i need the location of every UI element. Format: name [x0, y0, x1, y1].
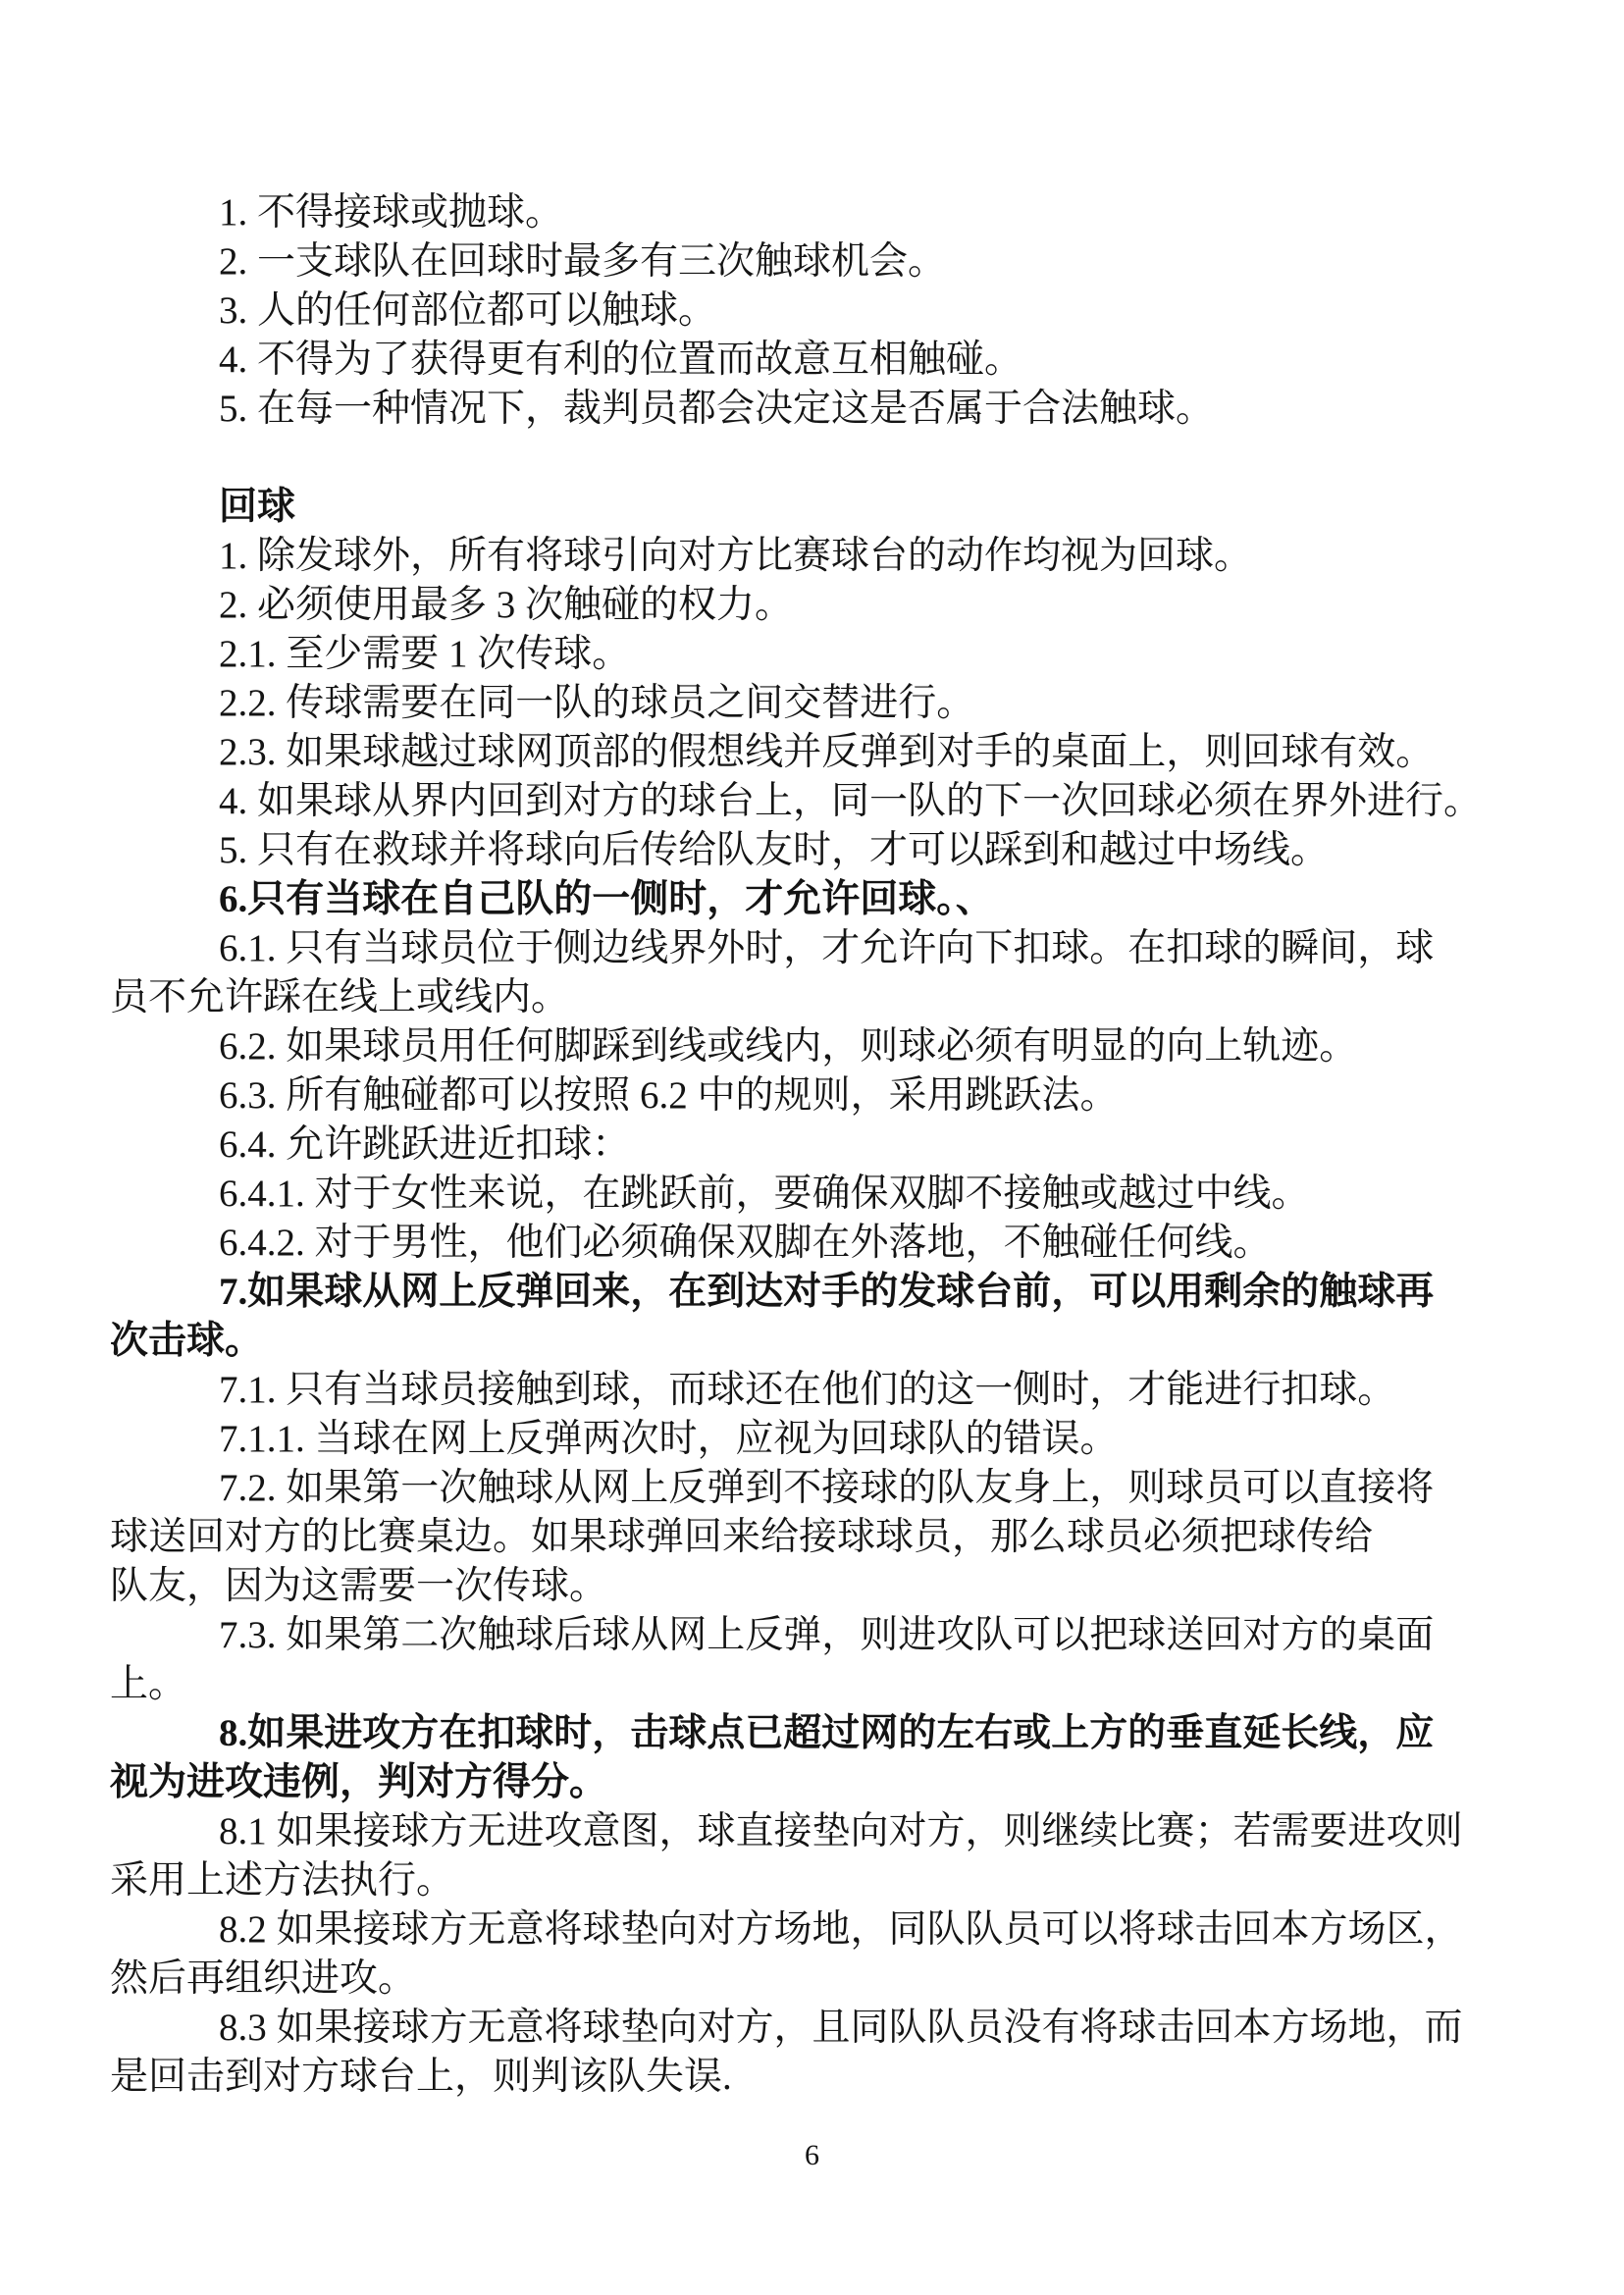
text-line: 5. 在每一种情况下，裁判员都会决定这是否属于合法触球。	[110, 385, 1562, 434]
text-line: 8.1 如果接球方无进攻意图，球直接垫向对方，则继续比赛；若需要进攻则	[110, 1807, 1562, 1856]
rule-item: 6.4. 允许跳跃进近扣球：	[110, 1121, 1562, 1170]
text-line: 视为进攻违例，判对方得分。	[110, 1758, 1562, 1807]
section-heading: 回球	[110, 483, 1562, 532]
rule-item: 8.3 如果接球方无意将球垫向对方，且同队队员没有将球击回本方场地，而是回击到对…	[110, 2004, 1562, 2102]
text-line: 采用上述方法执行。	[110, 1856, 1562, 1905]
text-line: 4. 如果球从界内回到对方的球台上，同一队的下一次回球必须在界外进行。	[110, 777, 1562, 826]
return-rules-list: 1. 除发球外，所有将球引向对方比赛球台的动作均视为回球。2. 必须使用最多 3…	[110, 532, 1562, 2102]
text-line: 7.2. 如果第一次触球从网上反弹到不接球的队友身上，则球员可以直接将	[110, 1464, 1562, 1513]
rule-item: 2.3. 如果球越过球网顶部的假想线并反弹到对手的桌面上，则回球有效。	[110, 728, 1562, 777]
text-line: 6.4.2. 对于男性，他们必须确保双脚在外落地，不触碰任何线。	[110, 1219, 1562, 1268]
text-line: 是回击到对方球台上，则判该队失误.	[110, 2053, 1562, 2102]
text-line: 6.3. 所有触碰都可以按照 6.2 中的规则，采用跳跃法。	[110, 1071, 1562, 1121]
rule-item: 3. 人的任何部位都可以触球。	[110, 287, 1562, 336]
page-content: 1. 不得接球或抛球。2. 一支球队在回球时最多有三次触球机会。3. 人的任何部…	[110, 188, 1562, 2102]
rule-item: 2.1. 至少需要 1 次传球。	[110, 630, 1562, 679]
rule-item: 6.4.1. 对于女性来说，在跳跃前，要确保双脚不接触或越过中线。	[110, 1170, 1562, 1219]
rule-item: 8.1 如果接球方无进攻意图，球直接垫向对方，则继续比赛；若需要进攻则采用上述方…	[110, 1807, 1562, 1905]
text-line: 8.2 如果接球方无意将球垫向对方场地，同队队员可以将球击回本方场区，	[110, 1905, 1562, 1955]
rule-item: 7.如果球从网上反弹回来，在到达对手的发球台前，可以用剩余的触球再次击球。	[110, 1268, 1562, 1366]
rule-item: 7.2. 如果第一次触球从网上反弹到不接球的队友身上，则球员可以直接将球送回对方…	[110, 1464, 1562, 1611]
text-line: 8.3 如果接球方无意将球垫向对方，且同队队员没有将球击回本方场地，而	[110, 2004, 1562, 2053]
text-line: 上。	[110, 1660, 1562, 1709]
rule-item: 6.只有当球在自己队的一侧时，才允许回球。、	[110, 875, 1562, 924]
rule-item: 2. 必须使用最多 3 次触碰的权力。	[110, 581, 1562, 630]
text-line: 3. 人的任何部位都可以触球。	[110, 287, 1562, 336]
text-line: 队友，因为这需要一次传球。	[110, 1562, 1562, 1611]
rule-item: 5. 只有在救球并将球向后传给队友时，才可以踩到和越过中场线。	[110, 826, 1562, 875]
text-line: 6.4. 允许跳跃进近扣球：	[110, 1121, 1562, 1170]
text-line: 球送回对方的比赛桌边。如果球弹回来给接球球员，那么球员必须把球传给	[110, 1513, 1562, 1562]
rule-item: 8.2 如果接球方无意将球垫向对方场地，同队队员可以将球击回本方场区，然后再组织…	[110, 1905, 1562, 2004]
text-line: 7.1. 只有当球员接触到球，而球还在他们的这一侧时，才能进行扣球。	[110, 1366, 1562, 1415]
rule-item: 7.1.1. 当球在网上反弹两次时，应视为回球队的错误。	[110, 1415, 1562, 1464]
text-line: 6.2. 如果球员用任何脚踩到线或线内，则球必须有明显的向上轨迹。	[110, 1022, 1562, 1071]
rule-item: 6.4.2. 对于男性，他们必须确保双脚在外落地，不触碰任何线。	[110, 1219, 1562, 1268]
text-line: 2.1. 至少需要 1 次传球。	[110, 630, 1562, 679]
text-line: 2. 一支球队在回球时最多有三次触球机会。	[110, 237, 1562, 287]
text-line: 1. 除发球外，所有将球引向对方比赛球台的动作均视为回球。	[110, 532, 1562, 581]
text-line: 6.只有当球在自己队的一侧时，才允许回球。、	[110, 875, 1562, 924]
rule-item: 8.如果进攻方在扣球时，击球点已超过网的左右或上方的垂直延长线，应视为进攻违例，…	[110, 1709, 1562, 1807]
text-line: 7.如果球从网上反弹回来，在到达对手的发球台前，可以用剩余的触球再	[110, 1268, 1562, 1317]
rule-item: 7.1. 只有当球员接触到球，而球还在他们的这一侧时，才能进行扣球。	[110, 1366, 1562, 1415]
text-line: 7.3. 如果第二次触球后球从网上反弹，则进攻队可以把球送回对方的桌面	[110, 1611, 1562, 1660]
document-page: 1. 不得接球或抛球。2. 一支球队在回球时最多有三次触球机会。3. 人的任何部…	[0, 0, 1624, 2295]
rule-item: 1. 除发球外，所有将球引向对方比赛球台的动作均视为回球。	[110, 532, 1562, 581]
rule-item: 6.2. 如果球员用任何脚踩到线或线内，则球必须有明显的向上轨迹。	[110, 1022, 1562, 1071]
rule-item: 5. 在每一种情况下，裁判员都会决定这是否属于合法触球。	[110, 385, 1562, 434]
rule-item: 7.3. 如果第二次触球后球从网上反弹，则进攻队可以把球送回对方的桌面上。	[110, 1611, 1562, 1709]
text-line: 5. 只有在救球并将球向后传给队友时，才可以踩到和越过中场线。	[110, 826, 1562, 875]
rule-item: 2. 一支球队在回球时最多有三次触球机会。	[110, 237, 1562, 287]
text-line: 然后再组织进攻。	[110, 1955, 1562, 2004]
rule-item: 6.3. 所有触碰都可以按照 6.2 中的规则，采用跳跃法。	[110, 1071, 1562, 1121]
rule-item: 6.1. 只有当球员位于侧边线界外时，才允许向下扣球。在扣球的瞬间，球员不允许踩…	[110, 924, 1562, 1022]
intro-rules-list: 1. 不得接球或抛球。2. 一支球队在回球时最多有三次触球机会。3. 人的任何部…	[110, 188, 1562, 434]
rule-item: 2.2. 传球需要在同一队的球员之间交替进行。	[110, 679, 1562, 728]
text-line: 2.3. 如果球越过球网顶部的假想线并反弹到对手的桌面上，则回球有效。	[110, 728, 1562, 777]
text-line: 6.4.1. 对于女性来说，在跳跃前，要确保双脚不接触或越过中线。	[110, 1170, 1562, 1219]
text-line: 1. 不得接球或抛球。	[110, 188, 1562, 237]
text-line: 8.如果进攻方在扣球时，击球点已超过网的左右或上方的垂直延长线，应	[110, 1709, 1562, 1758]
text-line: 员不允许踩在线上或线内。	[110, 973, 1562, 1022]
rule-item: 4. 不得为了获得更有利的位置而故意互相触碰。	[110, 336, 1562, 385]
page-number: 6	[0, 2135, 1624, 2176]
rule-item: 1. 不得接球或抛球。	[110, 188, 1562, 237]
rule-item: 4. 如果球从界内回到对方的球台上，同一队的下一次回球必须在界外进行。	[110, 777, 1562, 826]
text-line: 次击球。	[110, 1317, 1562, 1366]
text-line: 2.2. 传球需要在同一队的球员之间交替进行。	[110, 679, 1562, 728]
text-line: 2. 必须使用最多 3 次触碰的权力。	[110, 581, 1562, 630]
text-line: 6.1. 只有当球员位于侧边线界外时，才允许向下扣球。在扣球的瞬间，球	[110, 924, 1562, 973]
text-line: 7.1.1. 当球在网上反弹两次时，应视为回球队的错误。	[110, 1415, 1562, 1464]
text-line: 4. 不得为了获得更有利的位置而故意互相触碰。	[110, 336, 1562, 385]
